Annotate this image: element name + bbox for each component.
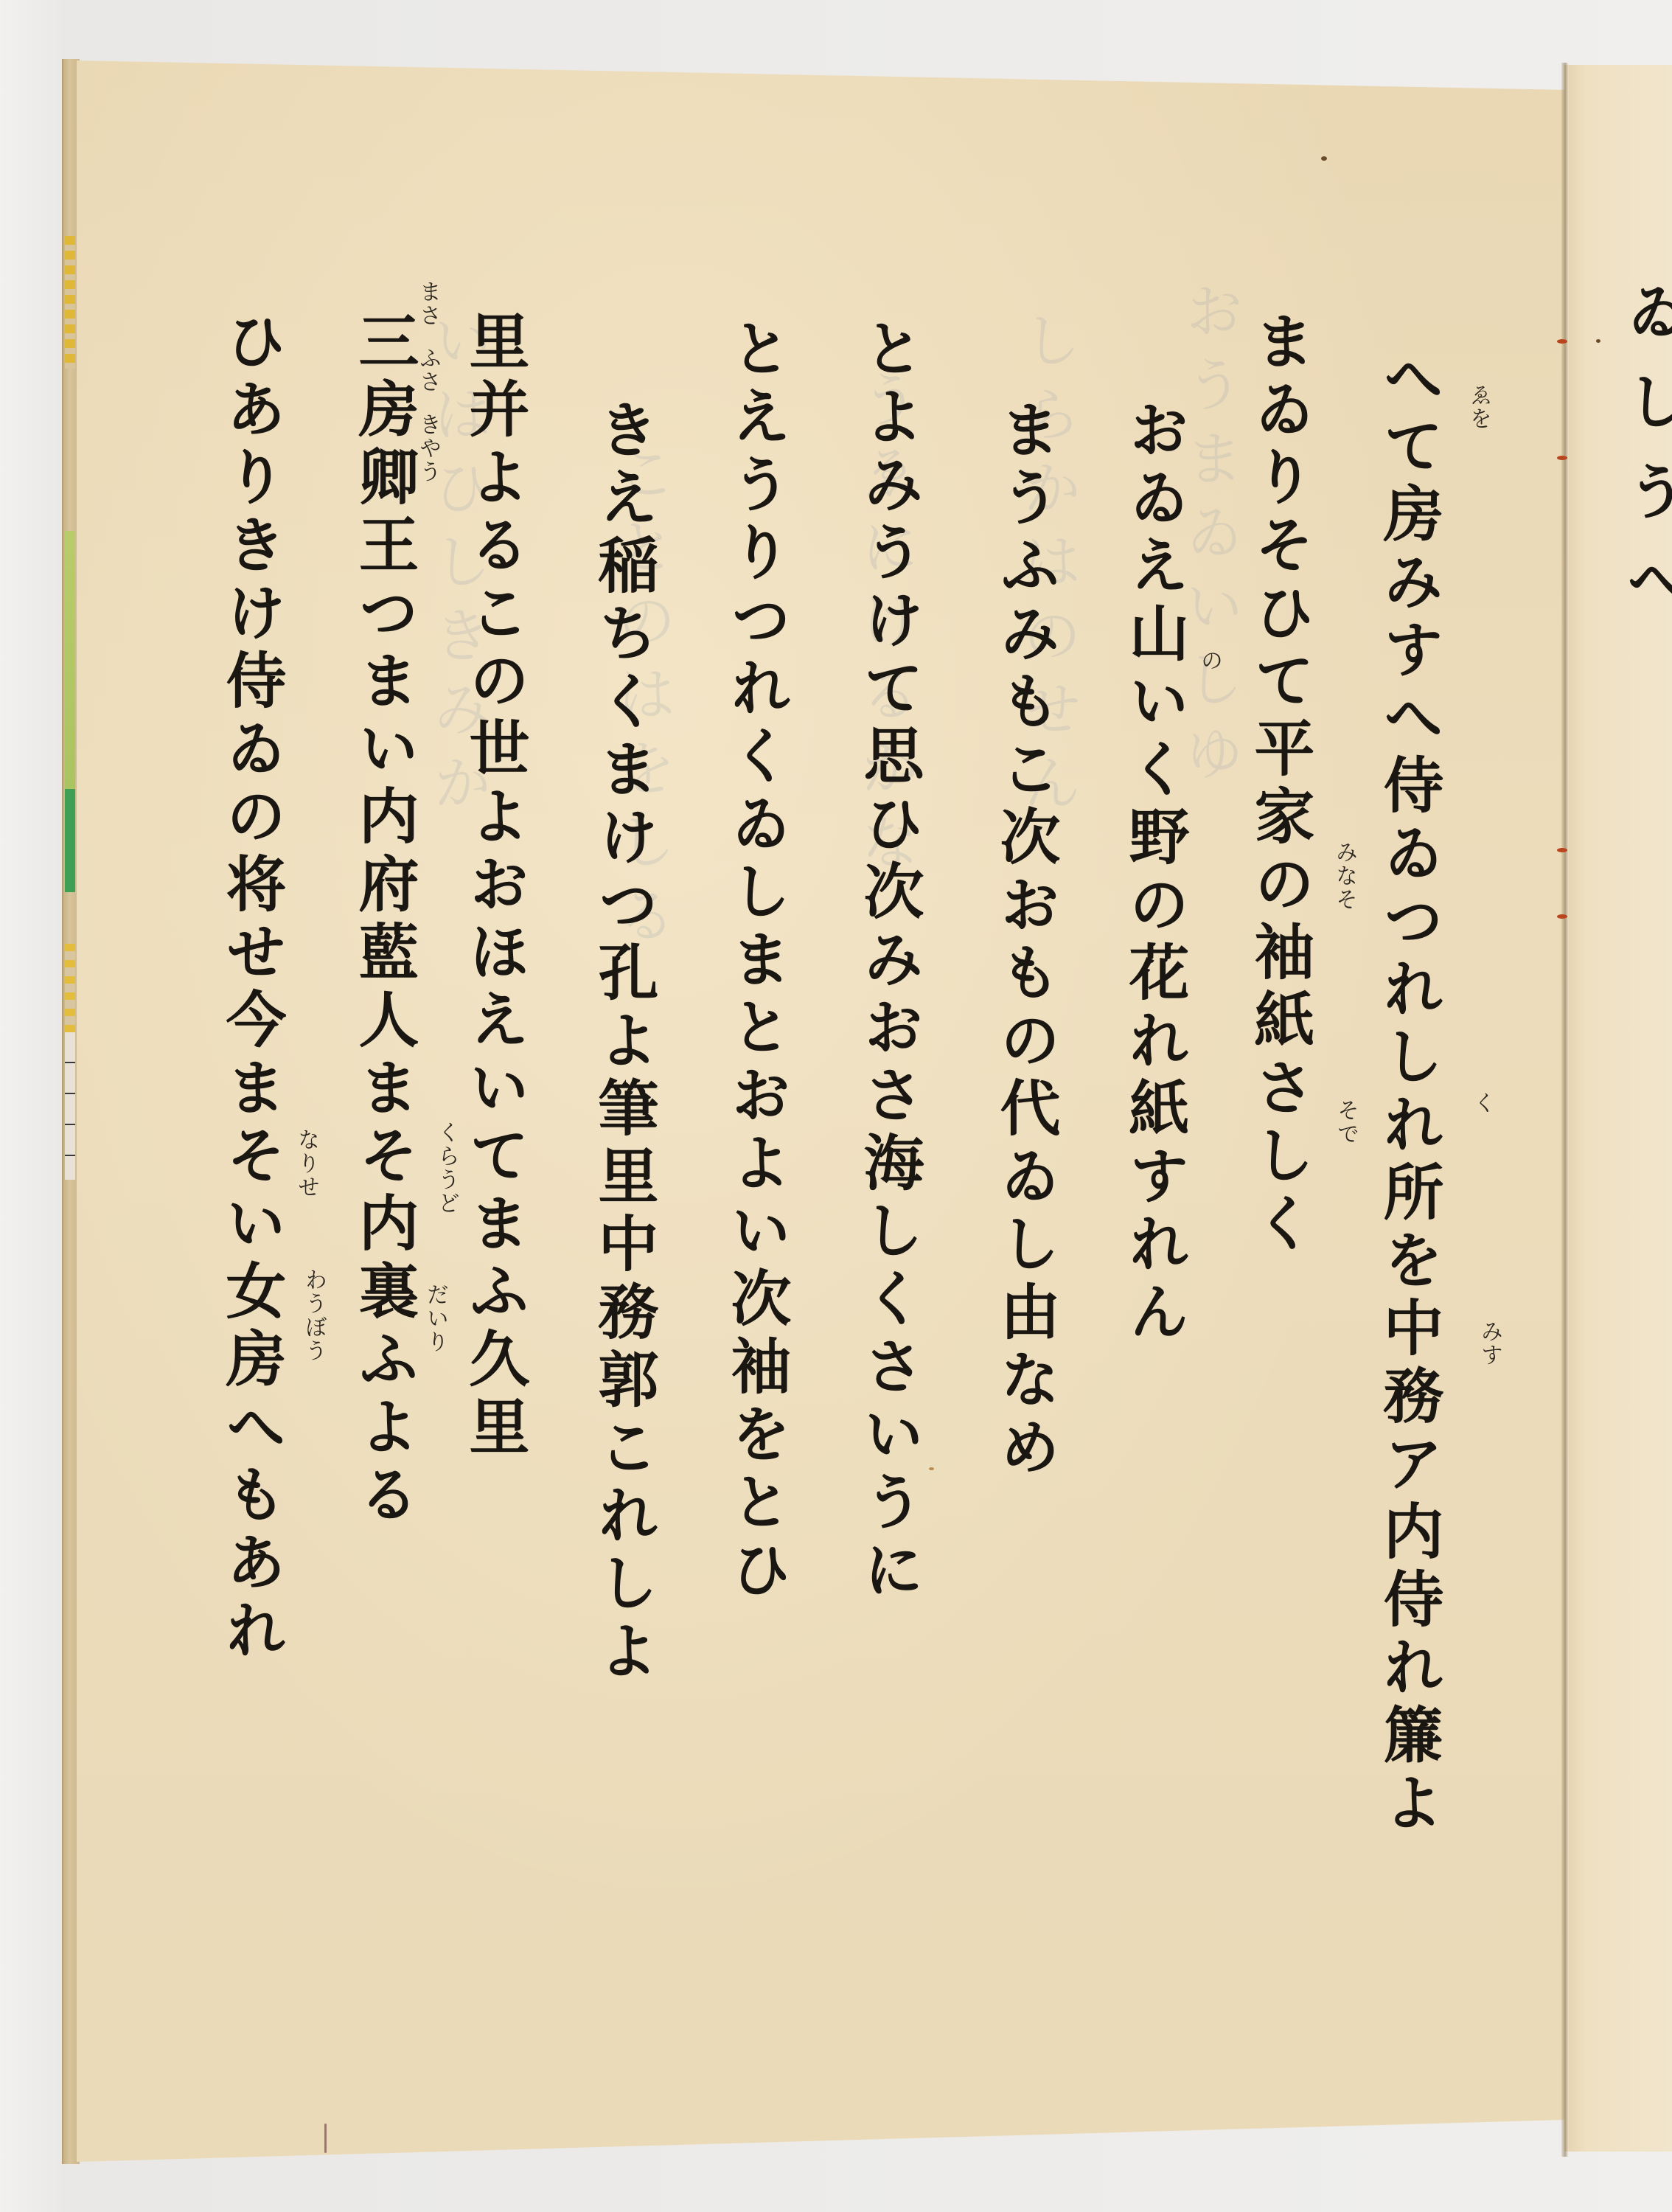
gold-leaf-edge-lower	[65, 944, 75, 1032]
furigana-gloss: みす	[1478, 1320, 1500, 1367]
paper-speck	[1321, 156, 1327, 161]
text-column-6: とえうりつれくゐしまとおよい次袖をとひ	[726, 317, 787, 1606]
text-column-7: きえ稲ちくまけつ孔よ筆里中務郭これしよ	[593, 398, 654, 1687]
text-column-2: まゐりそひて平家の袖紙さしく	[1250, 310, 1310, 1259]
ruled-edge-band	[65, 1032, 75, 1180]
gold-leaf-edge	[65, 236, 75, 369]
green-edge-band	[65, 531, 75, 796]
furigana-gloss: だいり	[424, 1283, 446, 1354]
next-page-text-fragment: ゐしうへ	[1622, 280, 1672, 640]
dark-green-edge-band	[65, 789, 75, 892]
gutter-fold	[1561, 63, 1569, 2157]
furigana-gloss: ふさ	[417, 347, 439, 394]
furigana-gloss: きやう	[417, 413, 439, 484]
text-column-5: とよみうけて思ひ次みおさ海しくさいうに	[859, 317, 919, 1606]
furigana-gloss: くらうど	[435, 1121, 457, 1215]
paper-speck	[1596, 339, 1600, 343]
text-column-1: へて房みすへ侍ゐつれしれ所を中務ア内侍れ簾よ	[1379, 347, 1439, 1839]
binding-hole	[1557, 339, 1567, 344]
furigana-gloss: く	[1471, 1091, 1493, 1115]
binding-hole	[1557, 456, 1567, 460]
text-column-4: まうふみもこ次おもの代ゐし由なめ	[995, 398, 1056, 1484]
furigana-gloss: みなそ	[1333, 841, 1355, 911]
text-column-8: 里并よるこの世よおほえいてまふ久里	[464, 310, 525, 1463]
paper-scratch	[324, 2124, 327, 2153]
furigana-gloss: の	[1198, 649, 1220, 672]
paper-speck	[929, 1467, 934, 1470]
binding-hole	[1557, 914, 1567, 919]
binding-hole	[1557, 848, 1567, 852]
furigana-gloss: そで	[1334, 1099, 1356, 1146]
text-column-10: ひありきけ侍ゐの将せ今まそい女房へもあれ	[221, 310, 282, 1666]
furigana-gloss: まさ	[417, 280, 439, 327]
furigana-gloss: わうぼう	[302, 1268, 324, 1363]
text-column-3: おゐえ山いく野の花れ紙すれん	[1124, 398, 1185, 1348]
text-column-9: 三房卿王つまい内府藍人まそ内裏ふよる	[354, 310, 414, 1531]
furigana-gloss: なりせ	[295, 1128, 317, 1199]
furigana-gloss: ゑを	[1467, 383, 1489, 431]
